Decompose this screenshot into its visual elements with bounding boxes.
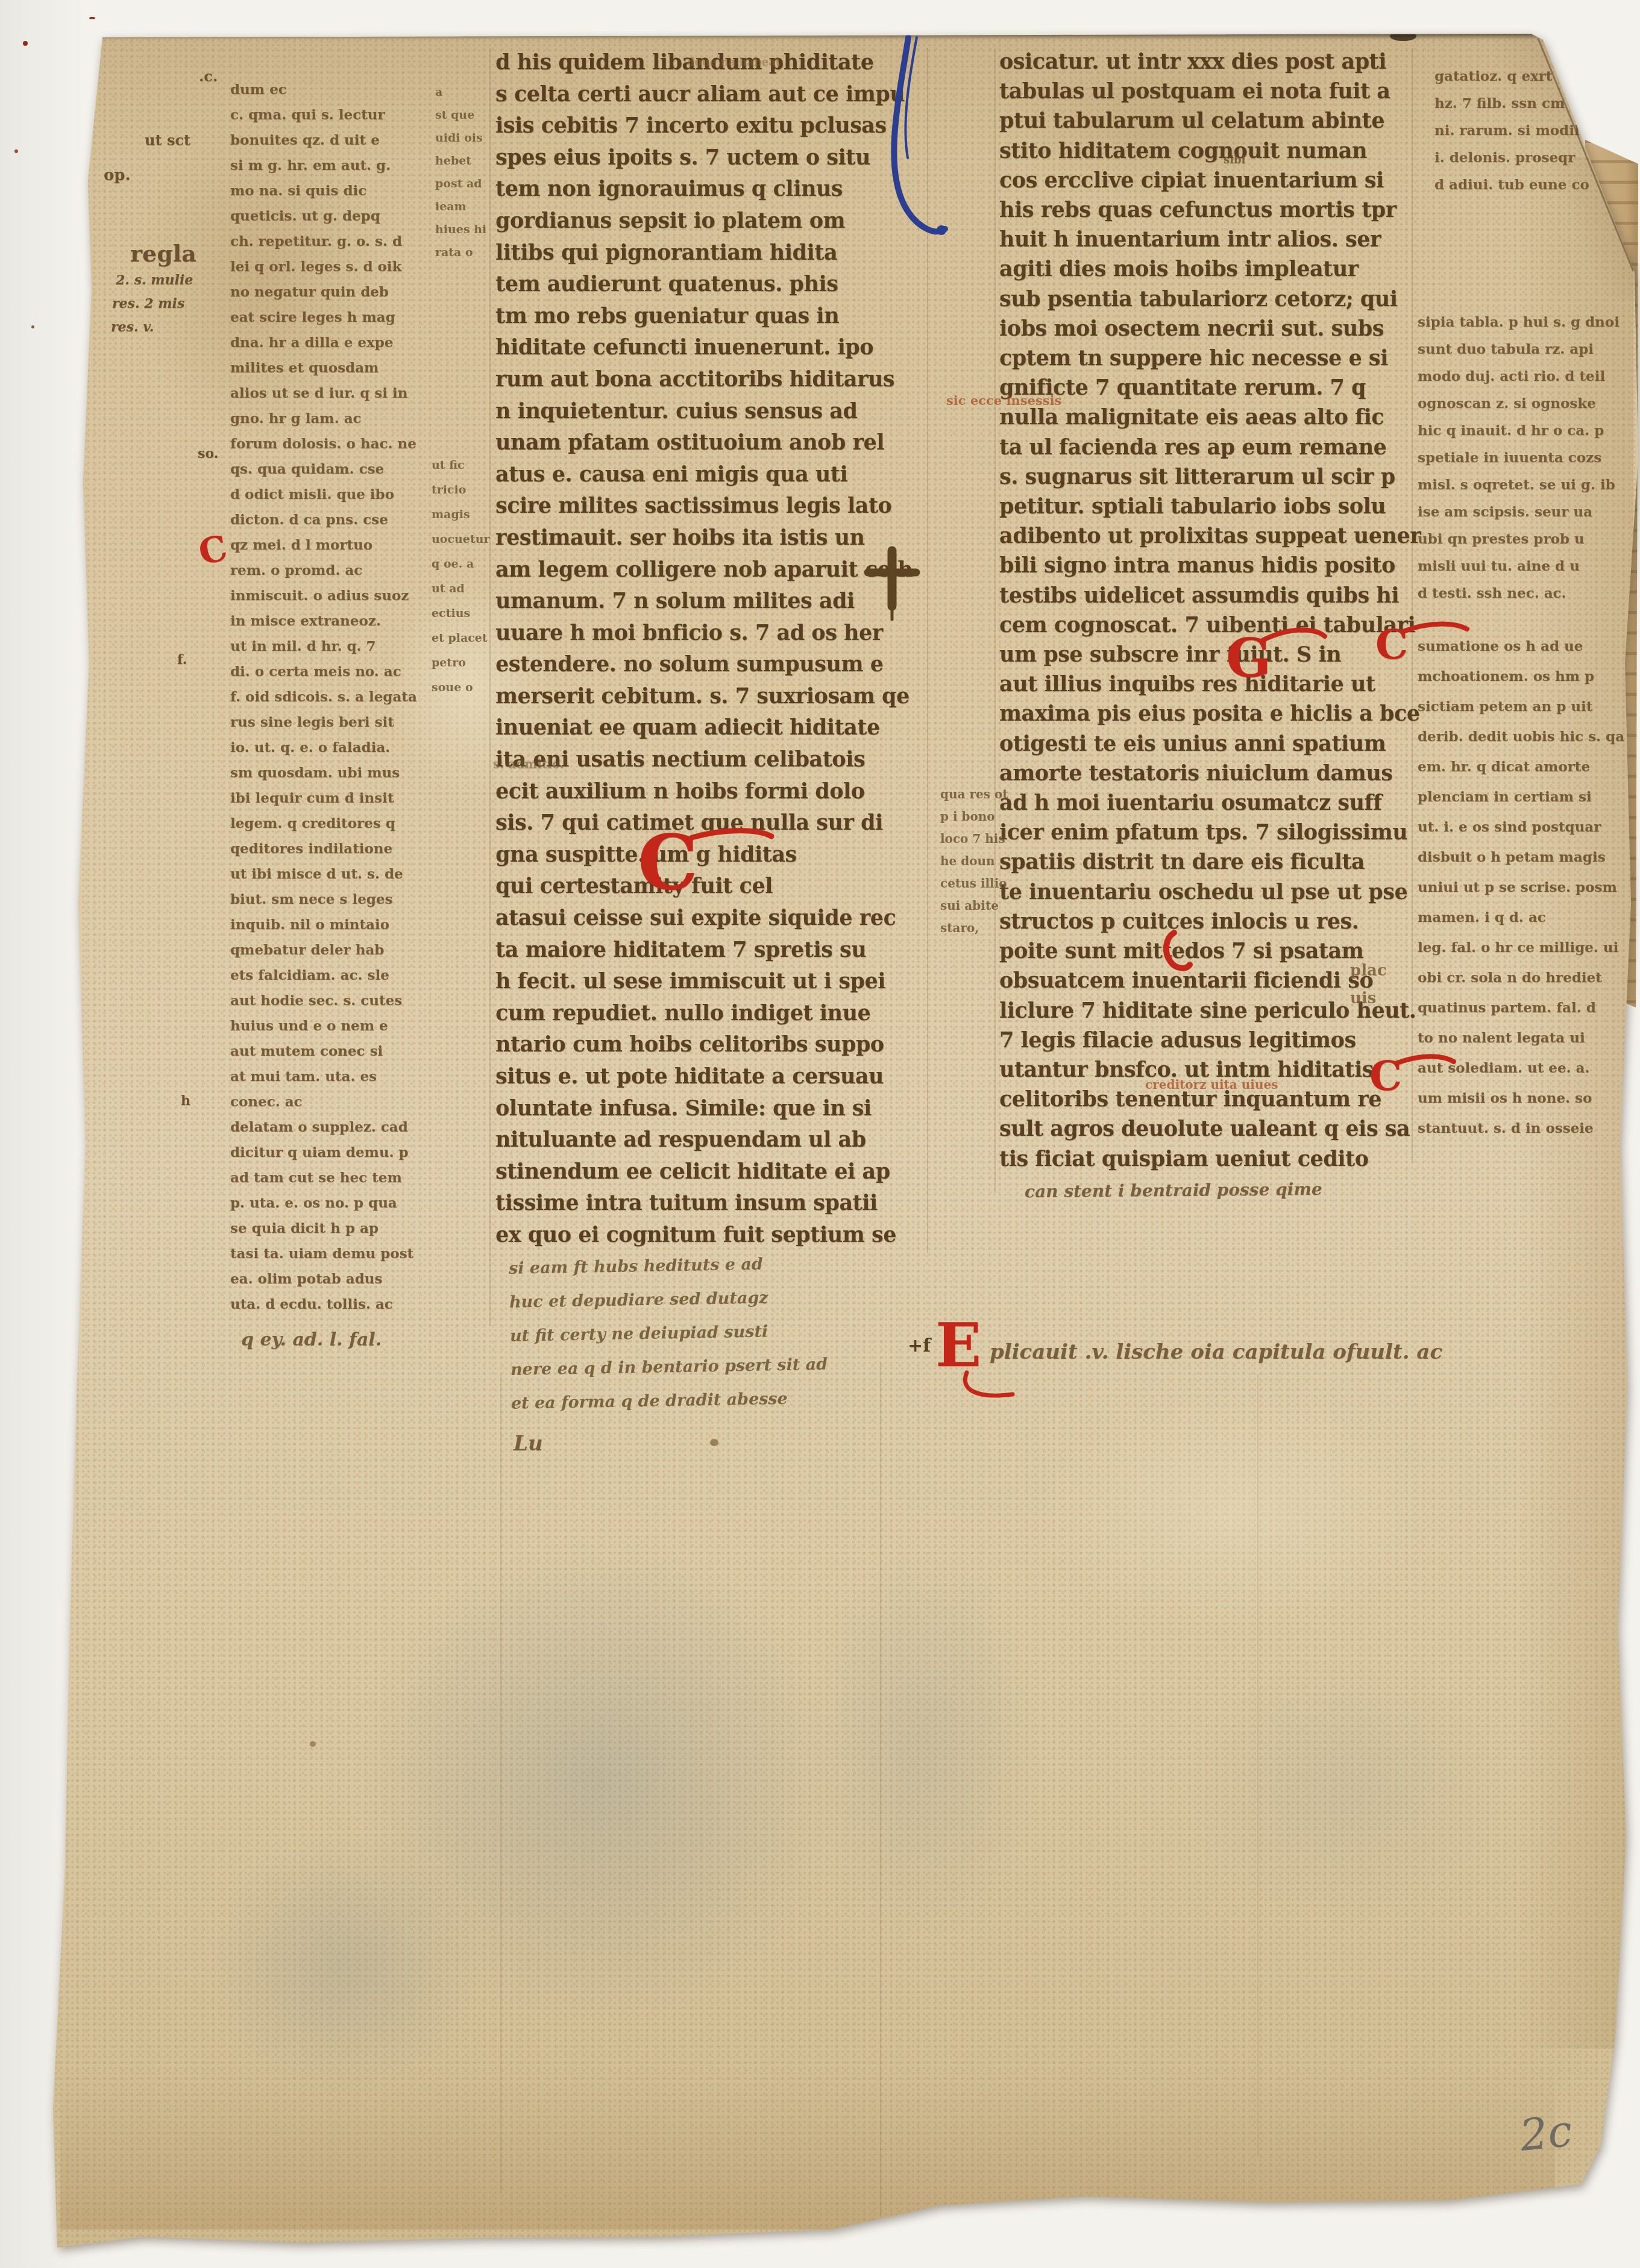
text-line: structos p cuitces inlocis u res. [999,907,1415,936]
text-line: osicatur. ut intr xxx dies post apti [999,47,1415,77]
margin-note: regla [130,240,196,267]
text-line: mamen. i q d. ac [1418,903,1635,933]
text-line: petitur. sptiali tabulario iobs solu [999,492,1415,521]
text-line: lei q orl. leges s. d oik [230,254,429,280]
text-line: ubi qn prestes prob u [1418,525,1635,553]
text-line: derib. dedit uobis hic s. qa [1418,722,1635,752]
text-line: aut solediam. ut ee. a. [1418,1053,1635,1083]
plac-note: placuis [1350,957,1404,1012]
text-line: ut ibi misce d ut. s. de [230,862,429,887]
text-line: ieam [435,195,489,218]
text-line: sm quosdam. ubi mus [230,760,429,786]
text-line: p. uta. e. os no. p qua [230,1191,429,1216]
margin-note: so. [198,446,218,462]
text-line: modo duj. acti rio. d teil [1418,363,1635,390]
text-line: obi cr. sola n do hrediet [1418,963,1635,993]
text-line: cos ercclive cipiat inuentarium si [999,166,1415,195]
rubric-initial-col2: G [1226,631,1271,684]
text-line: oluntate infusa. Simile: que in si [495,1093,917,1125]
faint-red-note: creditorz uita uiues [1145,1077,1278,1092]
text-line: di. o certa meis no. ac [230,659,429,684]
text-line: plac [1350,957,1404,985]
text-line: inquib. nil o mintaio [230,912,429,938]
text-line: uis [1350,985,1404,1012]
scanned-manuscript-page: { "document": { "kind_label": "medieval … [0,0,1640,2268]
text-line: eat scire leges h mag [230,305,429,330]
text-line: ut. i. e os sind postquar [1418,812,1635,842]
text-line: rata o [435,241,489,264]
text-line: gatatioz. q exrt [1434,63,1633,90]
text-line: um misii os h none. so [1418,1083,1635,1114]
stain [976,1356,1495,1669]
text-line: in misce extraneoz. [230,609,429,634]
rubric-initial-gloss-right-2: C [1369,1056,1402,1097]
margin-note: f. [177,652,187,668]
text-line: misli uui tu. aine d u [1418,553,1635,580]
text-line: h fecit. ul sese immiscuit ut i spei [495,966,917,998]
text-line: mchoationem. os hm p [1418,662,1635,692]
rubric-initial-col1: C [638,824,698,900]
faint-interlinear-note: doue na habeat [687,51,781,75]
text-line: bonuites qz. d uit e [230,128,429,153]
text-line: aut illius inquibs res hiditarie ut [999,669,1415,699]
text-line: spes eius ipoits s. 7 uctem o situ [495,142,917,174]
gloss-column-left: dum ecc. qma. qui s. lecturbonuites qz. … [230,77,429,1317]
text-line: plenciam in certiam si [1418,782,1635,812]
text-line: he doun [940,850,1031,872]
stain [1115,1597,1573,1982]
text-line: magis [432,503,489,527]
text-line: uocuetur [432,527,489,552]
text-line: qs. qua quidam. cse [230,457,429,482]
text-line: s. sugnarus sit litterarum ul scir p [999,462,1415,492]
text-line: ta maiore hiditatem 7 spretis su [495,935,917,966]
text-line: aut hodie sec. s. cutes [230,988,429,1013]
text-line: agiti dies mois hoibs impleatur [999,254,1415,284]
text-line: ntario cum hoibs celitoribs suppo [495,1029,917,1061]
text-line: sipia tabla. p hui s. g dnoi [1418,309,1635,336]
ruling-line [994,48,996,1193]
text-line: gordianus sepsit io platem om [495,205,917,237]
text-line: ad tam cut se hec tem [230,1165,429,1191]
text-line: no negatur quin deb [230,280,429,305]
text-line: forum dolosis. o hac. ne [230,431,429,457]
margin-note: 2. s. mulie [116,272,193,288]
text-line: milites et quosdam [230,356,429,381]
text-line: um pse subscre inr fuiut. S in [999,640,1415,669]
text-line: inueniat ee quam adiecit hiditate [495,712,917,744]
margin-note: .c. [199,67,218,85]
crease-line [880,1362,881,2217]
text-line: tis ficiat quispiam ueniut cedito [999,1144,1415,1174]
text-line: dicitur q uiam demu. p [230,1140,429,1165]
text-line: sumatione os h ad ue [1418,631,1635,662]
text-line: aut mutem conec si [230,1039,429,1064]
text-line: uidi ois [435,127,489,149]
text-line: i. delonis. proseqr [1434,144,1633,171]
text-line: am legem colligere nob aparuit ce h [495,554,917,586]
crease-line [500,1374,501,2193]
stain [753,1458,1091,2031]
text-line: maxima pis eius posita e hiclis a bce [999,699,1415,728]
stain [710,1439,718,1446]
text-line: ta ul facienda res ap eum remane [999,433,1415,462]
text-line: tabulas ul postquam ei nota fuit a [999,77,1415,106]
text-line: ectius [432,601,489,626]
text-line: petro [432,651,489,675]
gutter-plus-mark: +f [908,1335,931,1356]
gloss-strip-mid: ut fictriciomagisuocueturq oe. aut adect… [432,453,489,700]
text-line: disbuit o h petam magis [1418,842,1635,872]
pencil-shelfmark: 2c [1518,2105,1574,2161]
text-line: his rebs quas cefunctus mortis tpr [999,195,1415,225]
text-line: adibento ut prolixitas suppeat uener [999,521,1415,551]
text-line: inmiscuit. o adius suoz [230,583,429,609]
text-line: ad h moi iuentariu osumatcz suff [999,788,1415,818]
text-line: ibi lequir cum d insit [230,786,429,811]
text-line: d odict misli. que ibo [230,482,429,507]
stain [310,1741,316,1747]
stain [60,2067,1555,2229]
explicit-line: plicauit .v. lische oia capitula ofuult.… [990,1335,1442,1369]
text-line: loco 7 his [940,828,1031,850]
text-line: dna. hr a dilla e expe [230,330,429,356]
margin-note: ut sct [145,131,190,149]
text-line: hiues hi [435,218,489,241]
text-line: sis. 7 qui catimet que nulla sur di [495,807,917,839]
text-line: bili signo intra manus hidis posito [999,551,1415,580]
text-line: uta. d ecdu. tollis. ac [230,1292,429,1317]
text-line: post ad [435,172,489,195]
text-line: tasi ta. uiam demu post [230,1241,429,1267]
gloss-strip-top: ast queuidi oishebetpost adieamhiues hir… [435,81,489,264]
text-line: n inquietentur. cuius sensus ad [495,396,917,428]
gutter-note-block: qua res otp i bonoloco 7 hishe douncetus… [940,783,1031,939]
text-line: ea. olim potab adus [230,1267,429,1292]
gloss-column-right-top: gatatioz. q exrthz. 7 filb. ssn cmni. ra… [1434,63,1633,198]
text-line: cum repudiet. nullo indiget inue [495,998,917,1030]
superscript-note: sibi [1224,148,1245,172]
text-line: c. qma. qui s. lectur [230,102,429,128]
text-line: tem non ignorauimus q clinus [495,174,917,205]
text-line: tissime intra tuitum insum spatii [495,1188,917,1220]
text-line: nulla malignitate eis aeas alto fic [999,403,1415,432]
text-line: d testi. ssh nec. ac. [1418,580,1635,607]
text-line: qz mei. d l mortuo [230,533,429,558]
text-line: dum ec [230,77,429,102]
text-line: ch. repetitur. g. o. s. d [230,229,429,254]
text-line: sult agros deuolute ualeant q eis sa [999,1114,1415,1144]
text-line: te inuentariu oschedu ul pse ut pse [999,877,1415,907]
text-line: biut. sm nece s leges [230,887,429,912]
ruling-line [927,48,928,1253]
text-line: si m g. hr. em aut. g. [230,153,429,178]
text-line: sui abite [940,895,1031,917]
text-line: rem. o promd. ac [230,558,429,583]
main-column-2-cursive-line: can stent i bentraid posse qime [1025,1173,1322,1209]
text-line: unam pfatam ostituoium anob rel [495,427,917,459]
text-line: stinendum ee celicit hiditate ei ap [495,1156,917,1188]
text-line: p i bono [940,806,1031,828]
text-line: s celta certi aucr aliam aut ce impu [495,79,917,111]
text-line: legem. q creditores q [230,811,429,836]
text-line: se quia dicit h p ap [230,1216,429,1241]
text-line: cptem tn suppere hic necesse e si [999,343,1415,373]
text-line: conec. ac [230,1089,429,1115]
text-line: uuare h moi bnficio s. 7 ad os her [495,618,917,650]
text-line: ognoscan z. si ognoske [1418,390,1635,417]
text-line: hz. 7 filb. ssn cm [1434,90,1633,117]
text-line: st que [435,104,489,127]
text-line: et placet [432,626,489,651]
text-line: rus sine legis beri sit [230,710,429,735]
text-line: d adiui. tub eune co [1434,171,1633,198]
stain [253,1434,946,2127]
text-line: nituluante ad respuendam ul ab [495,1124,917,1156]
gloss-left-tail: q ey. ad. l. fal. [241,1323,382,1357]
crease-line [1257,1374,1258,2157]
parchment-leaf: .c. ut sct op. regla 2. s. mulie res. 2 … [0,0,1640,2268]
text-line: stantuut. s. d in osseie [1418,1114,1635,1144]
text-line: q oe. a [432,552,489,577]
text-line: otigesti te eis unius anni spatium [999,729,1415,759]
text-line: huius und e o nem e [230,1013,429,1039]
text-line: tm mo rebs gueniatur quas in [495,301,917,333]
text-line: gna suspitte. um g hiditas [495,839,917,871]
text-line: 7 legis filacie adusus legitimos [999,1026,1415,1055]
rubric-initial-explicit: E [935,1315,981,1375]
text-line: icer enim pfatum tps. 7 silogissimu [999,818,1415,847]
text-line: mo na. si quis dic [230,178,429,204]
main-column-1-addendum: si eam ft hubs hedituts e adhuc et depud… [509,1245,922,1421]
text-line: qua res ot [940,783,1031,806]
text-line: misl. s oqretet. se ui g. ib [1418,471,1635,498]
text-line: testibs uidelicet assumdis quibs hi [999,581,1415,610]
text-line: ise am scipsis. seur ua [1418,498,1635,525]
text-line: stito hiditatem cognouit numan [999,136,1415,166]
text-line: atasui ceisse sui expite siquide rec [495,903,917,935]
text-line: cetus illio [940,872,1031,895]
text-line: amorte testatoris niuiclum damus [999,759,1415,788]
text-line: spetiale in iuuenta cozs [1418,444,1635,471]
text-line: rum aut bona acctitoribs hiditarus [495,364,917,396]
leaf-top-edge-shadow [90,31,1549,40]
ruling-line [489,48,491,1326]
text-line: merserit cebitum. s. 7 suxriosam qe [495,681,917,713]
text-line: gno. hr g lam. ac [230,406,429,431]
text-line: gnificte 7 quantitate rerum. 7 q [999,373,1415,403]
text-line: cem cognoscat. 7 uibenti ei tabulari [999,610,1415,640]
text-line: restimauit. ser hoibs ita istis un [495,522,917,554]
text-line: quatinus partem. fal. d [1418,993,1635,1023]
text-line: ecit auxilium n hoibs formi dolo [495,776,917,808]
addendum-tail: Lu [514,1427,543,1461]
rubric-paraph-gloss-left: C [195,530,230,570]
text-line: qeditores indilatione [230,836,429,862]
text-line: sictiam petem an p uit [1418,692,1635,722]
text-line: umanum. 7 n solum milites adi [495,586,917,618]
text-line: staro, [940,917,1031,939]
text-line: hebet [435,149,489,172]
text-line: qmebatur deler hab [230,938,429,963]
text-line: tem audierunt quatenus. phis [495,269,917,301]
text-line: alios ut se d iur. q si in [230,381,429,406]
text-line: iobs moi osectem necrii sut. subs [999,314,1415,343]
parchment-leaf-wrap: .c. ut sct op. regla 2. s. mulie res. 2 … [0,0,1640,2268]
margin-note: op. [104,166,131,184]
text-line: ets falcidiam. ac. sle [230,963,429,988]
text-line: soue o [432,675,489,700]
text-line: sub psentia tabulariorz cetorz; qui [999,284,1415,314]
text-line: queticis. ut g. depq [230,204,429,229]
main-text-column-1: d his quidem libandum phiditates celta c… [495,47,917,1251]
text-line: f. oid sdicois. s. a legata [230,684,429,710]
text-line: io. ut. q. e. o faladia. [230,735,429,760]
text-line: litibs qui pignorantiam hidita [495,237,917,269]
text-line: ut ad [432,577,489,601]
text-line: ut in mil. d hr. q. 7 [230,634,429,659]
text-line: qui certestamity fuit cel [495,871,917,903]
text-line: to no nalent legata ui [1418,1023,1635,1053]
text-line: scire milites sactissimus legis lato [495,490,917,522]
text-line: dicton. d ca pns. cse [230,507,429,533]
text-line: atus e. causa eni migis qua uti [495,459,917,491]
gloss-column-right-middle: sipia tabla. p hui s. g dnoisunt duo tab… [1418,309,1635,607]
text-line: hiditate cefuncti inuenerunt. ipo [495,332,917,364]
text-line: situs e. ut pote hiditate a cersuau [495,1061,917,1093]
text-line: estendere. no solum sumpusum e [495,649,917,681]
text-line: ut fic [432,453,489,478]
margin-note: h [181,1093,190,1109]
text-line: hic q inauit. d hr o ca. p [1418,417,1635,444]
text-line: delatam o supplez. cad [230,1115,429,1140]
text-line: ptui tabularum ul celatum abinte [999,106,1415,136]
rubric-initial-gloss-right-1: C [1375,624,1408,665]
text-line: spatiis distrit tn dare eis ficulta [999,847,1415,877]
faint-interlinear-note: s. admitio. [493,752,564,776]
text-line: uniui ut p se scrise. posm [1418,872,1635,903]
text-line: et ea forma q de dradit abesse [511,1380,922,1421]
margin-note: res. 2 mis [112,296,184,312]
faint-red-note: sic ecce insessis [946,393,1061,408]
text-line: huit h inuentarium intr alios. ser [999,225,1415,254]
gloss-column-right-bottom: sumatione os h ad uemchoationem. os hm p… [1418,631,1635,1144]
text-line: sunt duo tabula rz. api [1418,336,1635,363]
text-line: isis cebitis 7 incerto exitu pclusas [495,110,917,142]
text-line: a [435,81,489,104]
text-line: leg. fal. o hr ce millige. ui [1418,933,1635,963]
ink-blot [1558,22,1611,46]
ink-blot [1390,31,1416,41]
stain [151,1778,536,2151]
text-line: ni. rarum. si modilis [1434,117,1633,144]
margin-note: res. v. [111,319,154,335]
text-line: at mui tam. uta. es [230,1064,429,1089]
text-line: em. hr. q dicat amorte [1418,752,1635,782]
text-line: tricio [432,478,489,503]
